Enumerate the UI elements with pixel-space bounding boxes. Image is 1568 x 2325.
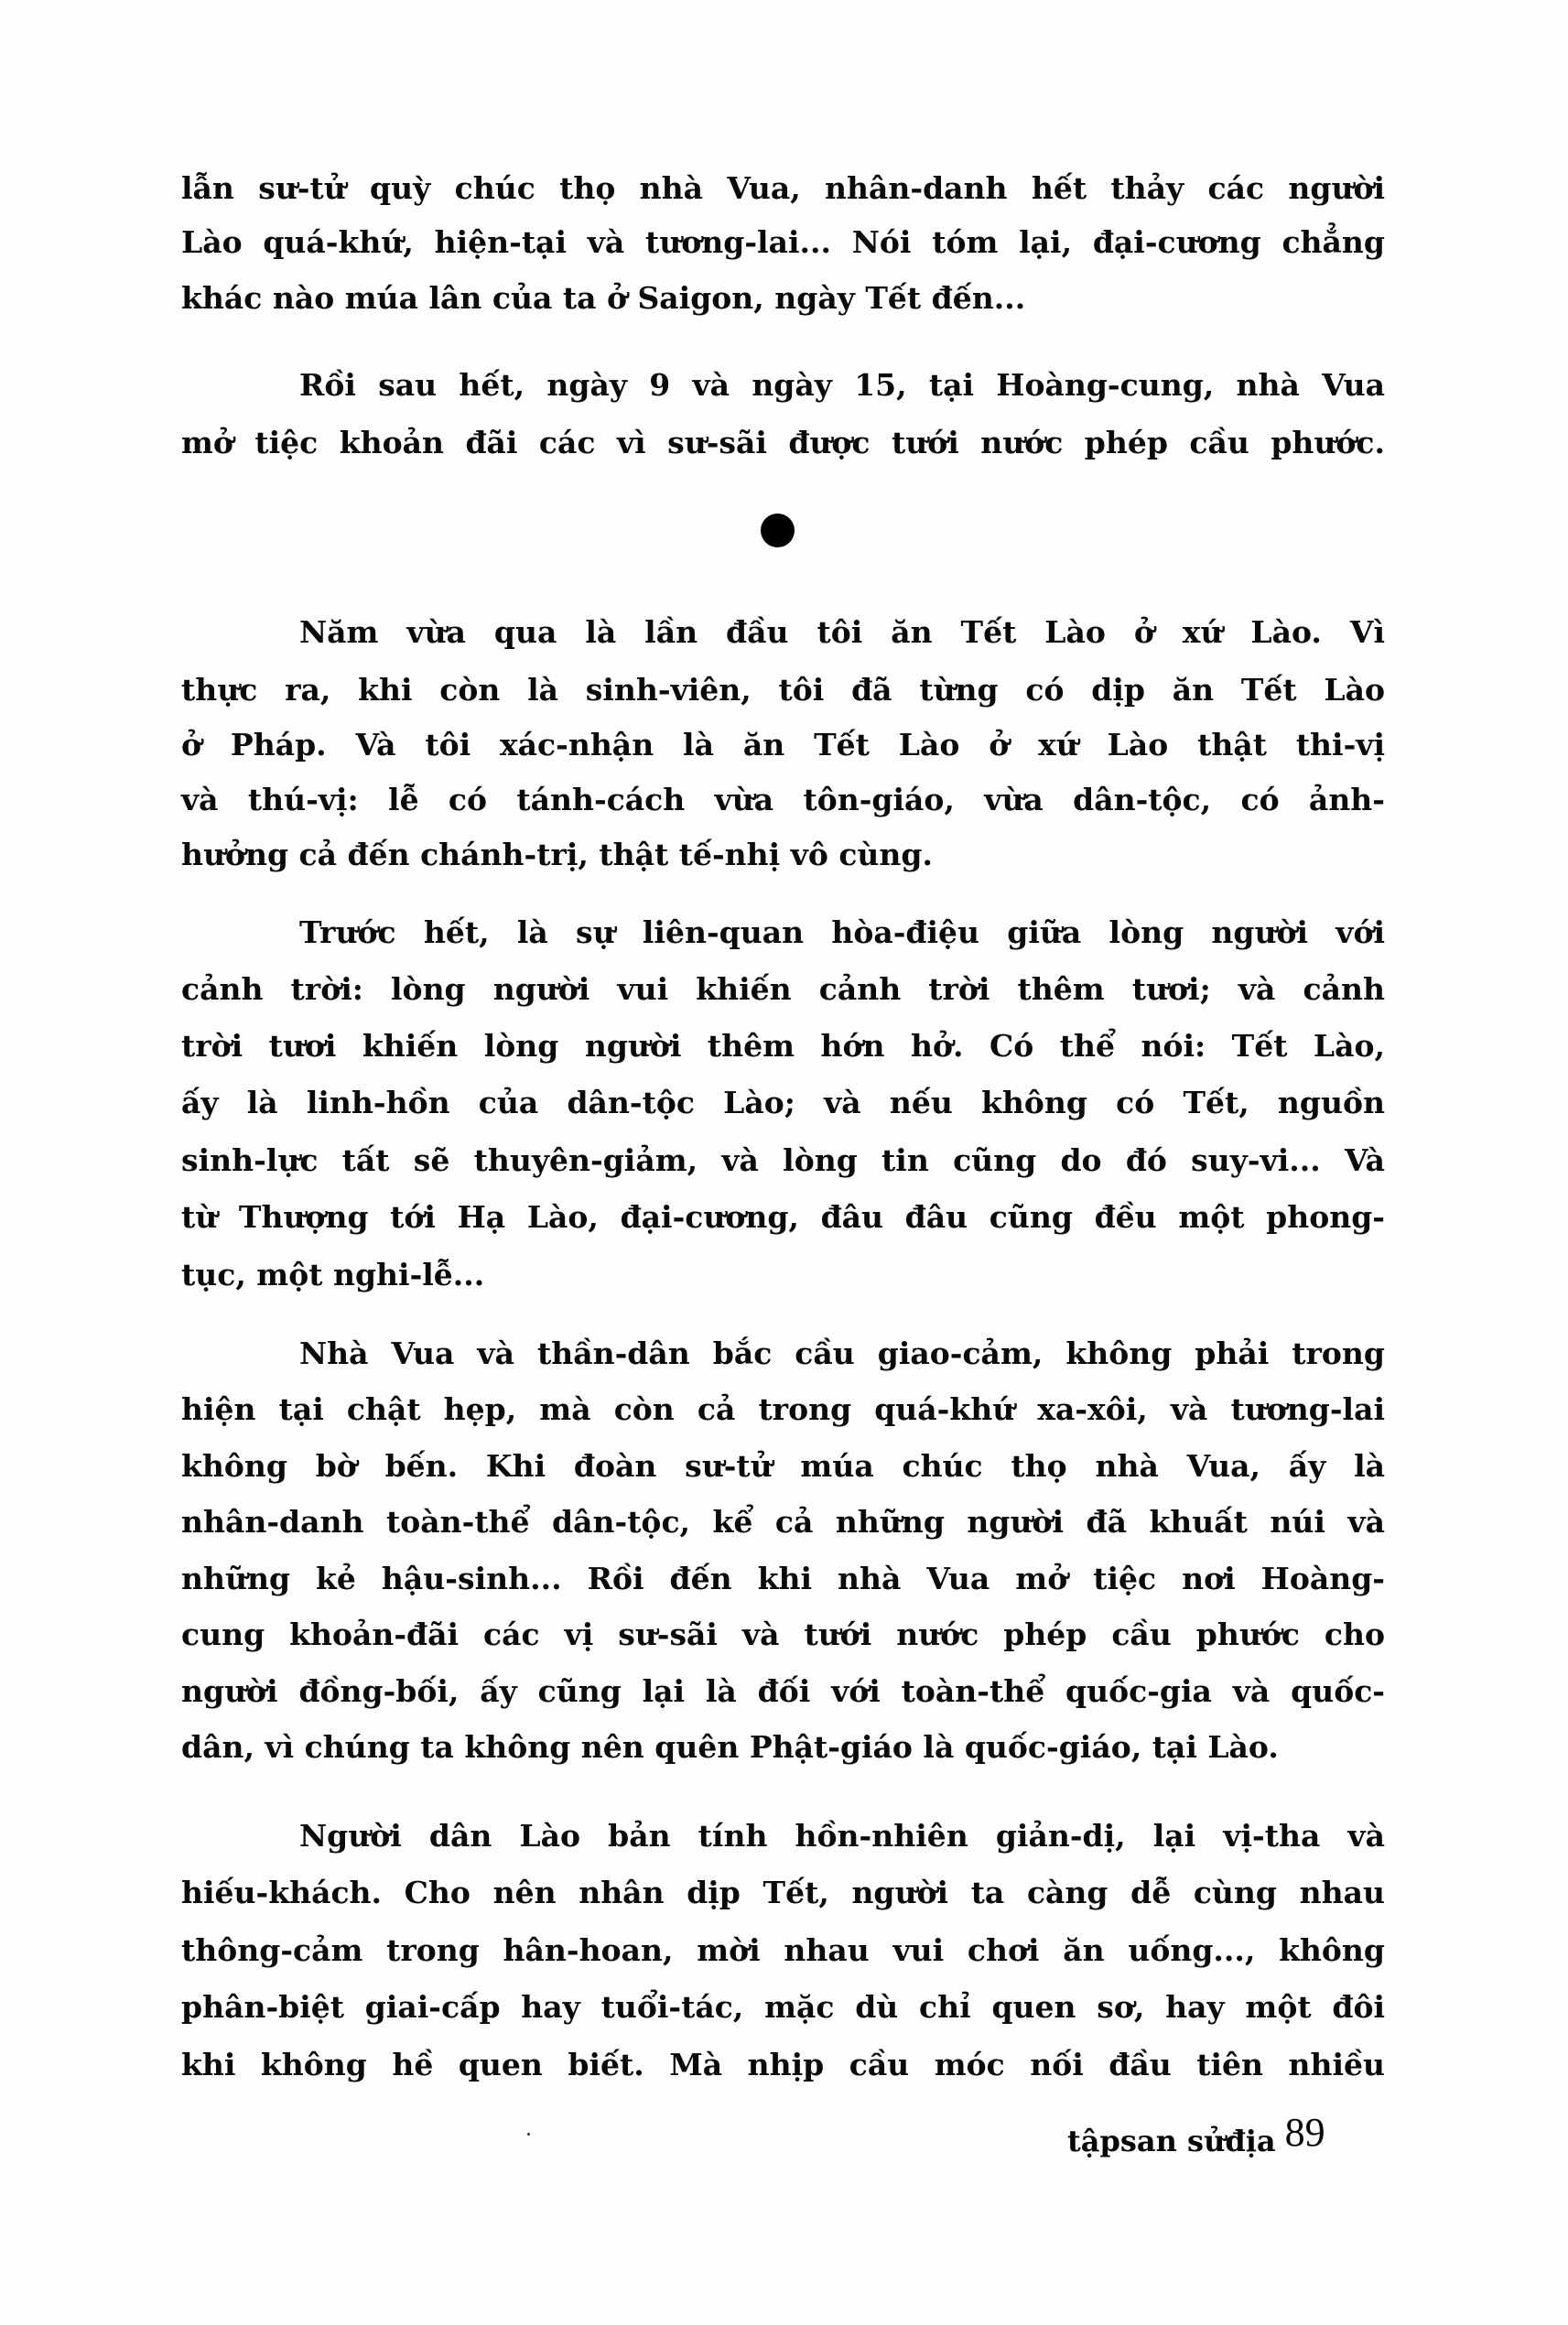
text-line: hiện tại chật hẹp, mà còn cả trong quá-k… bbox=[181, 1387, 1385, 1433]
document-page: lẫn sư-tử quỳ chúc thọ nhà Vua, nhân-dan… bbox=[0, 0, 1568, 2325]
text-line: lẫn sư-tử quỳ chúc thọ nhà Vua, nhân-dan… bbox=[181, 166, 1385, 211]
text-line: tục, một nghi-lễ... bbox=[181, 1252, 1385, 1298]
text-line: dân, vì chúng ta không nên quên Phật-giá… bbox=[181, 1725, 1385, 1770]
text-line: phân-biệt giai-cấp hay tuổi-tác, mặc dù … bbox=[181, 1984, 1385, 2030]
page-number: 89 bbox=[1285, 2110, 1325, 2155]
text-line: sinh-lực tất sẽ thuyên-giảm, và lòng tin… bbox=[181, 1138, 1385, 1184]
text-line: cảnh trời: lòng người vui khiến cảnh trờ… bbox=[181, 967, 1385, 1012]
text-line: trời tươi khiến lòng người thêm hớn hở. … bbox=[181, 1023, 1385, 1069]
text-line: thực ra, khi còn là sinh-viên, tôi đã từ… bbox=[181, 667, 1385, 713]
text-line: những kẻ hậu-sinh... Rồi đến khi nhà Vua… bbox=[181, 1556, 1385, 1602]
text-line: khác nào múa lân của ta ở Saigon, ngày T… bbox=[181, 276, 1385, 321]
text-line: mở tiệc khoản đãi các vì sư-sãi được tướ… bbox=[181, 420, 1385, 466]
text-line: từ Thượng tới Hạ Lào, đại-cương, đâu đâu… bbox=[181, 1195, 1385, 1240]
text-line: người đồng-bối, ấy cũng lại là đối với t… bbox=[181, 1669, 1385, 1714]
text-line: ấy là linh-hồn của dân-tộc Lào; và nếu k… bbox=[181, 1080, 1385, 1126]
text-line: Lào quá-khứ, hiện-tại và tương-lai... Nó… bbox=[181, 220, 1385, 265]
text-line: cung khoản-đãi các vị sư-sãi và tưới nướ… bbox=[181, 1612, 1385, 1658]
text-line: khi không hề quen biết. Mà nhịp cầu móc … bbox=[181, 2042, 1385, 2088]
text-line: Người dân Lào bản tính hồn-nhiên giản-dị… bbox=[299, 1813, 1385, 1859]
text-line: hưởng cả đến chánh-trị, thật tế-nhị vô c… bbox=[181, 832, 1385, 878]
text-line: không bờ bến. Khi đoàn sư-tử múa chúc th… bbox=[181, 1444, 1385, 1489]
text-line: thông-cảm trong hân-hoan, mời nhau vui c… bbox=[181, 1928, 1385, 1974]
text-line: Năm vừa qua là lần đầu tôi ăn Tết Lào ở … bbox=[299, 610, 1385, 655]
text-line: Rồi sau hết, ngày 9 và ngày 15, tại Hoàn… bbox=[299, 362, 1385, 408]
text-line: Nhà Vua và thần-dân bắc cầu giao-cảm, kh… bbox=[299, 1331, 1385, 1377]
text-line: Trước hết, là sự liên-quan hòa-điệu giữa… bbox=[299, 910, 1385, 956]
text-line: và thú-vị: lễ có tánh-cách vừa tôn-giáo,… bbox=[181, 777, 1385, 823]
text-line: ở Pháp. Và tôi xác-nhận là ăn Tết Lào ở … bbox=[181, 722, 1385, 768]
print-speck bbox=[527, 2133, 530, 2136]
text-line: nhân-danh toàn-thể dân-tộc, kể cả những … bbox=[181, 1499, 1385, 1545]
section-separator-bullet-icon bbox=[761, 514, 795, 547]
journal-name: tậpsan sửđịa bbox=[1067, 2124, 1276, 2158]
text-line: hiếu-khách. Cho nên nhân dịp Tết, người … bbox=[181, 1870, 1385, 1916]
page-footer: tậpsan sửđịa89 bbox=[1067, 2114, 1325, 2160]
